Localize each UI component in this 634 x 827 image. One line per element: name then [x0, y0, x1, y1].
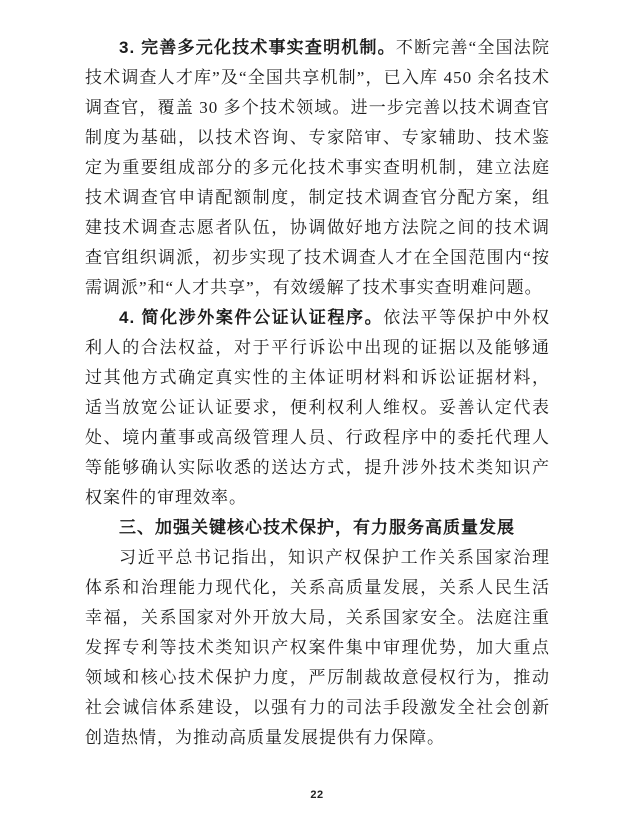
- paragraph-text: 习近平总书记指出，知识产权保护工作关系国家治理体系和治理能力现代化，关系高质量发…: [85, 548, 550, 747]
- paragraph-lead: 3. 完善多元化技术事实查明机制。: [119, 38, 396, 57]
- section-heading: 三、加强关键核心技术保护，有力服务高质量发展: [85, 513, 550, 543]
- paragraph-text: 不断完善“全国法院技术调查人才库”及“全国共享机制”，已入库 450 余名技术调…: [85, 38, 550, 297]
- document-body: 3. 完善多元化技术事实查明机制。不断完善“全国法院技术调查人才库”及“全国共享…: [85, 33, 550, 753]
- document-page: 3. 完善多元化技术事实查明机制。不断完善“全国法院技术调查人才库”及“全国共享…: [0, 0, 634, 827]
- paragraph-text: 依法平等保护中外权利人的合法权益，对于平行诉讼中出现的证据以及能够通过其他方式确…: [85, 308, 550, 507]
- paragraph-lead: 4. 简化涉外案件公证认证程序。: [119, 308, 383, 327]
- page-number: 22: [0, 789, 634, 801]
- paragraph: 4. 简化涉外案件公证认证程序。依法平等保护中外权利人的合法权益，对于平行诉讼中…: [85, 303, 550, 513]
- paragraph: 3. 完善多元化技术事实查明机制。不断完善“全国法院技术调查人才库”及“全国共享…: [85, 33, 550, 303]
- paragraph: 习近平总书记指出，知识产权保护工作关系国家治理体系和治理能力现代化，关系高质量发…: [85, 543, 550, 753]
